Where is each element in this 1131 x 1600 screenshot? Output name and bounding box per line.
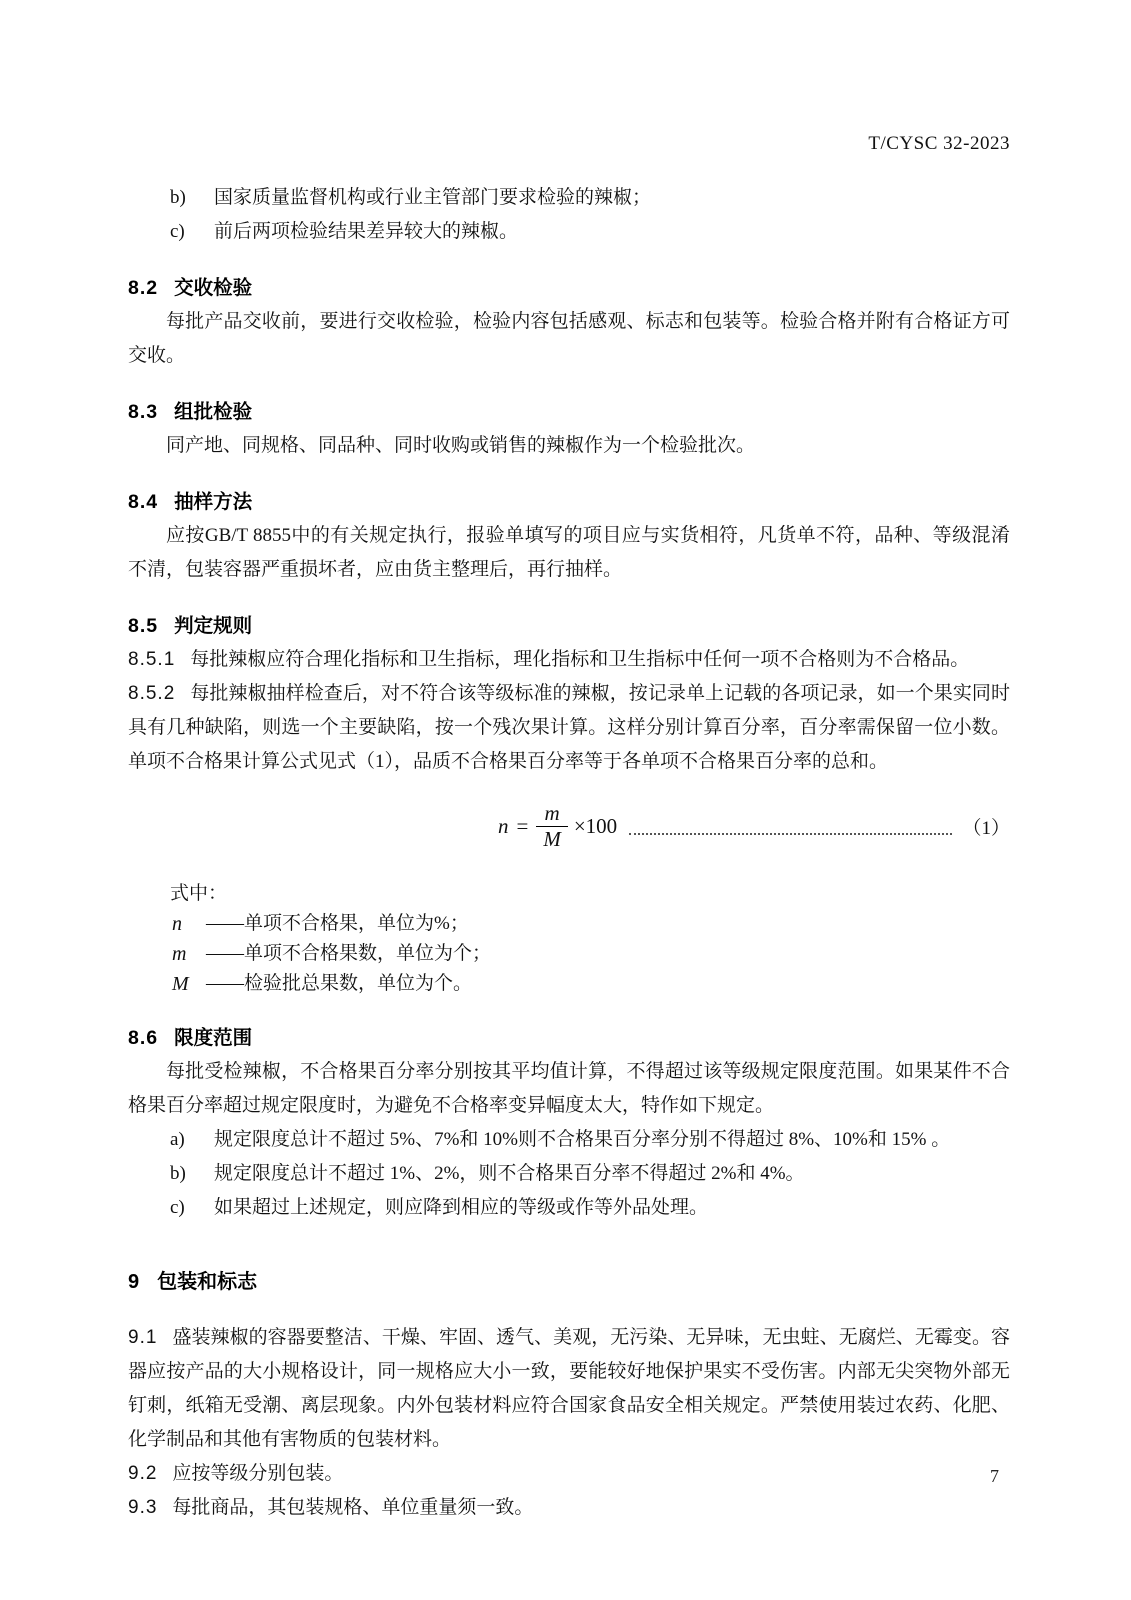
symbol: n	[172, 909, 206, 939]
list-item-b: b) 国家质量监督机构或行业主管部门要求检验的辣椒；	[128, 181, 1010, 215]
list-item-text: 国家质量监督机构或行业主管部门要求检验的辣椒；	[214, 181, 651, 215]
section-title: 组批检验	[174, 401, 252, 423]
list-item-label: b)	[170, 1157, 214, 1191]
clause-text: 每批商品，其包装规格、单位重量须一致。	[172, 1497, 533, 1518]
section-heading-8-3: 8.3组批检验	[128, 395, 1010, 429]
document-page: T/CYSC 32-2023 b) 国家质量监督机构或行业主管部门要求检验的辣椒…	[0, 0, 1131, 1600]
symbol-description: ——检验批总果数，单位为个。	[206, 969, 1010, 999]
where-block: 式中： n ——单项不合格果，单位为%； m ——单项不合格果数，单位为个； M…	[128, 879, 1010, 999]
clause-9-1: 9.1盛装辣椒的容器要整洁、干燥、牢固、透气、美观，无污染、无异味，无虫蛀、无腐…	[128, 1321, 1010, 1457]
chapter-title: 包装和标志	[157, 1271, 257, 1293]
chapter-heading-9: 9包装和标志	[128, 1265, 1010, 1299]
section-number: 8.3	[128, 401, 158, 423]
where-term-M: M ——检验批总果数，单位为个。	[128, 969, 1010, 999]
section-paragraph-8-6: 每批受检辣椒，不合格果百分率分别按其平均值计算，不得超过该等级规定限度范围。如果…	[128, 1055, 1010, 1123]
equation-1: n = m M ×100 （1）	[128, 787, 1010, 865]
list-item-c: c) 前后两项检验结果差异较大的辣椒。	[128, 215, 1010, 249]
section-paragraph-8-2: 每批产品交收前，要进行交收检验，检验内容包括感观、标志和包装等。检验合格并附有合…	[128, 305, 1010, 373]
clause-number: 8.5.1	[128, 649, 175, 670]
section-paragraph-8-3: 同产地、同规格、同品种、同时收购或销售的辣椒作为一个检验批次。	[128, 429, 1010, 463]
list-item-label: c)	[170, 215, 214, 249]
equation-fraction: m M	[536, 801, 568, 850]
symbol: m	[172, 939, 206, 969]
limit-item-a: a) 规定限度总计不超过 5%、7%和 10%则不合格果百分率分别不得超过 8%…	[128, 1123, 1010, 1157]
section-heading-8-2: 8.2交收检验	[128, 271, 1010, 305]
clause-number: 8.5.2	[128, 683, 175, 704]
chapter-number: 9	[128, 1271, 139, 1293]
clause-9-3: 9.3每批商品，其包装规格、单位重量须一致。	[128, 1491, 1010, 1525]
section-heading-8-4: 8.4抽样方法	[128, 485, 1010, 519]
section-number: 8.4	[128, 491, 158, 513]
where-term-n: n ——单项不合格果，单位为%；	[128, 909, 1010, 939]
section-title: 判定规则	[174, 615, 252, 637]
equation-equals: =	[517, 814, 529, 839]
clause-number: 9.1	[128, 1327, 157, 1348]
list-item-label: b)	[170, 181, 214, 215]
clause-number: 9.2	[128, 1463, 157, 1484]
clause-number: 9.3	[128, 1497, 157, 1518]
clause-8-5-1: 8.5.1每批辣椒应符合理化指标和卫生指标，理化指标和卫生指标中任何一项不合格则…	[128, 643, 1010, 677]
list-item-text: 前后两项检验结果差异较大的辣椒。	[214, 215, 518, 249]
symbol-description: ——单项不合格果数，单位为个；	[206, 939, 1010, 969]
list-item-text: 如果超过上述规定，则应降到相应的等级或作等外品处理。	[214, 1191, 708, 1225]
clause-text: 每批辣椒抽样检查后，对不符合该等级标准的辣椒，按记录单上记载的各项记录，如一个果…	[128, 683, 1010, 772]
fraction-numerator: m	[538, 801, 567, 825]
section-paragraph-8-4: 应按GB/T 8855中的有关规定执行，报验单填写的项目应与实货相符，凡货单不符…	[128, 519, 1010, 587]
equation-factor: ×100	[574, 814, 617, 839]
standard-code: T/CYSC 32-2023	[128, 133, 1010, 155]
clause-8-5-2: 8.5.2每批辣椒抽样检查后，对不符合该等级标准的辣椒，按记录单上记载的各项记录…	[128, 677, 1010, 779]
section-heading-8-5: 8.5判定规则	[128, 609, 1010, 643]
section-number: 8.6	[128, 1027, 158, 1049]
section-title: 抽样方法	[174, 491, 252, 513]
page-content: T/CYSC 32-2023 b) 国家质量监督机构或行业主管部门要求检验的辣椒…	[128, 133, 1010, 1525]
where-label: 式中：	[128, 879, 1010, 909]
clause-text: 每批辣椒应符合理化指标和卫生指标，理化指标和卫生指标中任何一项不合格则为不合格品…	[190, 649, 969, 670]
intro-list: b) 国家质量监督机构或行业主管部门要求检验的辣椒； c) 前后两项检验结果差异…	[128, 181, 1010, 249]
list-item-label: a)	[170, 1123, 214, 1157]
fraction-denominator: M	[536, 826, 568, 851]
limit-item-b: b) 规定限度总计不超过 1%、2%，则不合格果百分率不得超过 2%和 4%。	[128, 1157, 1010, 1191]
section-title: 限度范围	[174, 1027, 252, 1049]
limit-item-c: c) 如果超过上述规定，则应降到相应的等级或作等外品处理。	[128, 1191, 1010, 1225]
clause-text: 应按等级分别包装。	[172, 1463, 343, 1484]
clause-text: 盛装辣椒的容器要整洁、干燥、牢固、透气、美观，无污染、无异味，无虫蛀、无腐烂、无…	[128, 1327, 1010, 1450]
equation-lhs: n	[498, 814, 509, 839]
list-item-text: 规定限度总计不超过 1%、2%，则不合格果百分率不得超过 2%和 4%。	[214, 1157, 805, 1191]
page-number: 7	[990, 1466, 999, 1487]
list-item-text: 规定限度总计不超过 5%、7%和 10%则不合格果百分率分别不得超过 8%、10…	[214, 1123, 950, 1157]
dotted-leader	[629, 833, 952, 835]
symbol-description: ——单项不合格果，单位为%；	[206, 909, 1010, 939]
equation-number: （1）	[962, 813, 1010, 840]
section-number: 8.5	[128, 615, 158, 637]
symbol: M	[172, 969, 206, 999]
where-term-m: m ——单项不合格果数，单位为个；	[128, 939, 1010, 969]
section-number: 8.2	[128, 277, 158, 299]
section-heading-8-6: 8.6限度范围	[128, 1021, 1010, 1055]
section-title: 交收检验	[174, 277, 252, 299]
list-item-label: c)	[170, 1191, 214, 1225]
clause-9-2: 9.2应按等级分别包装。	[128, 1457, 1010, 1491]
